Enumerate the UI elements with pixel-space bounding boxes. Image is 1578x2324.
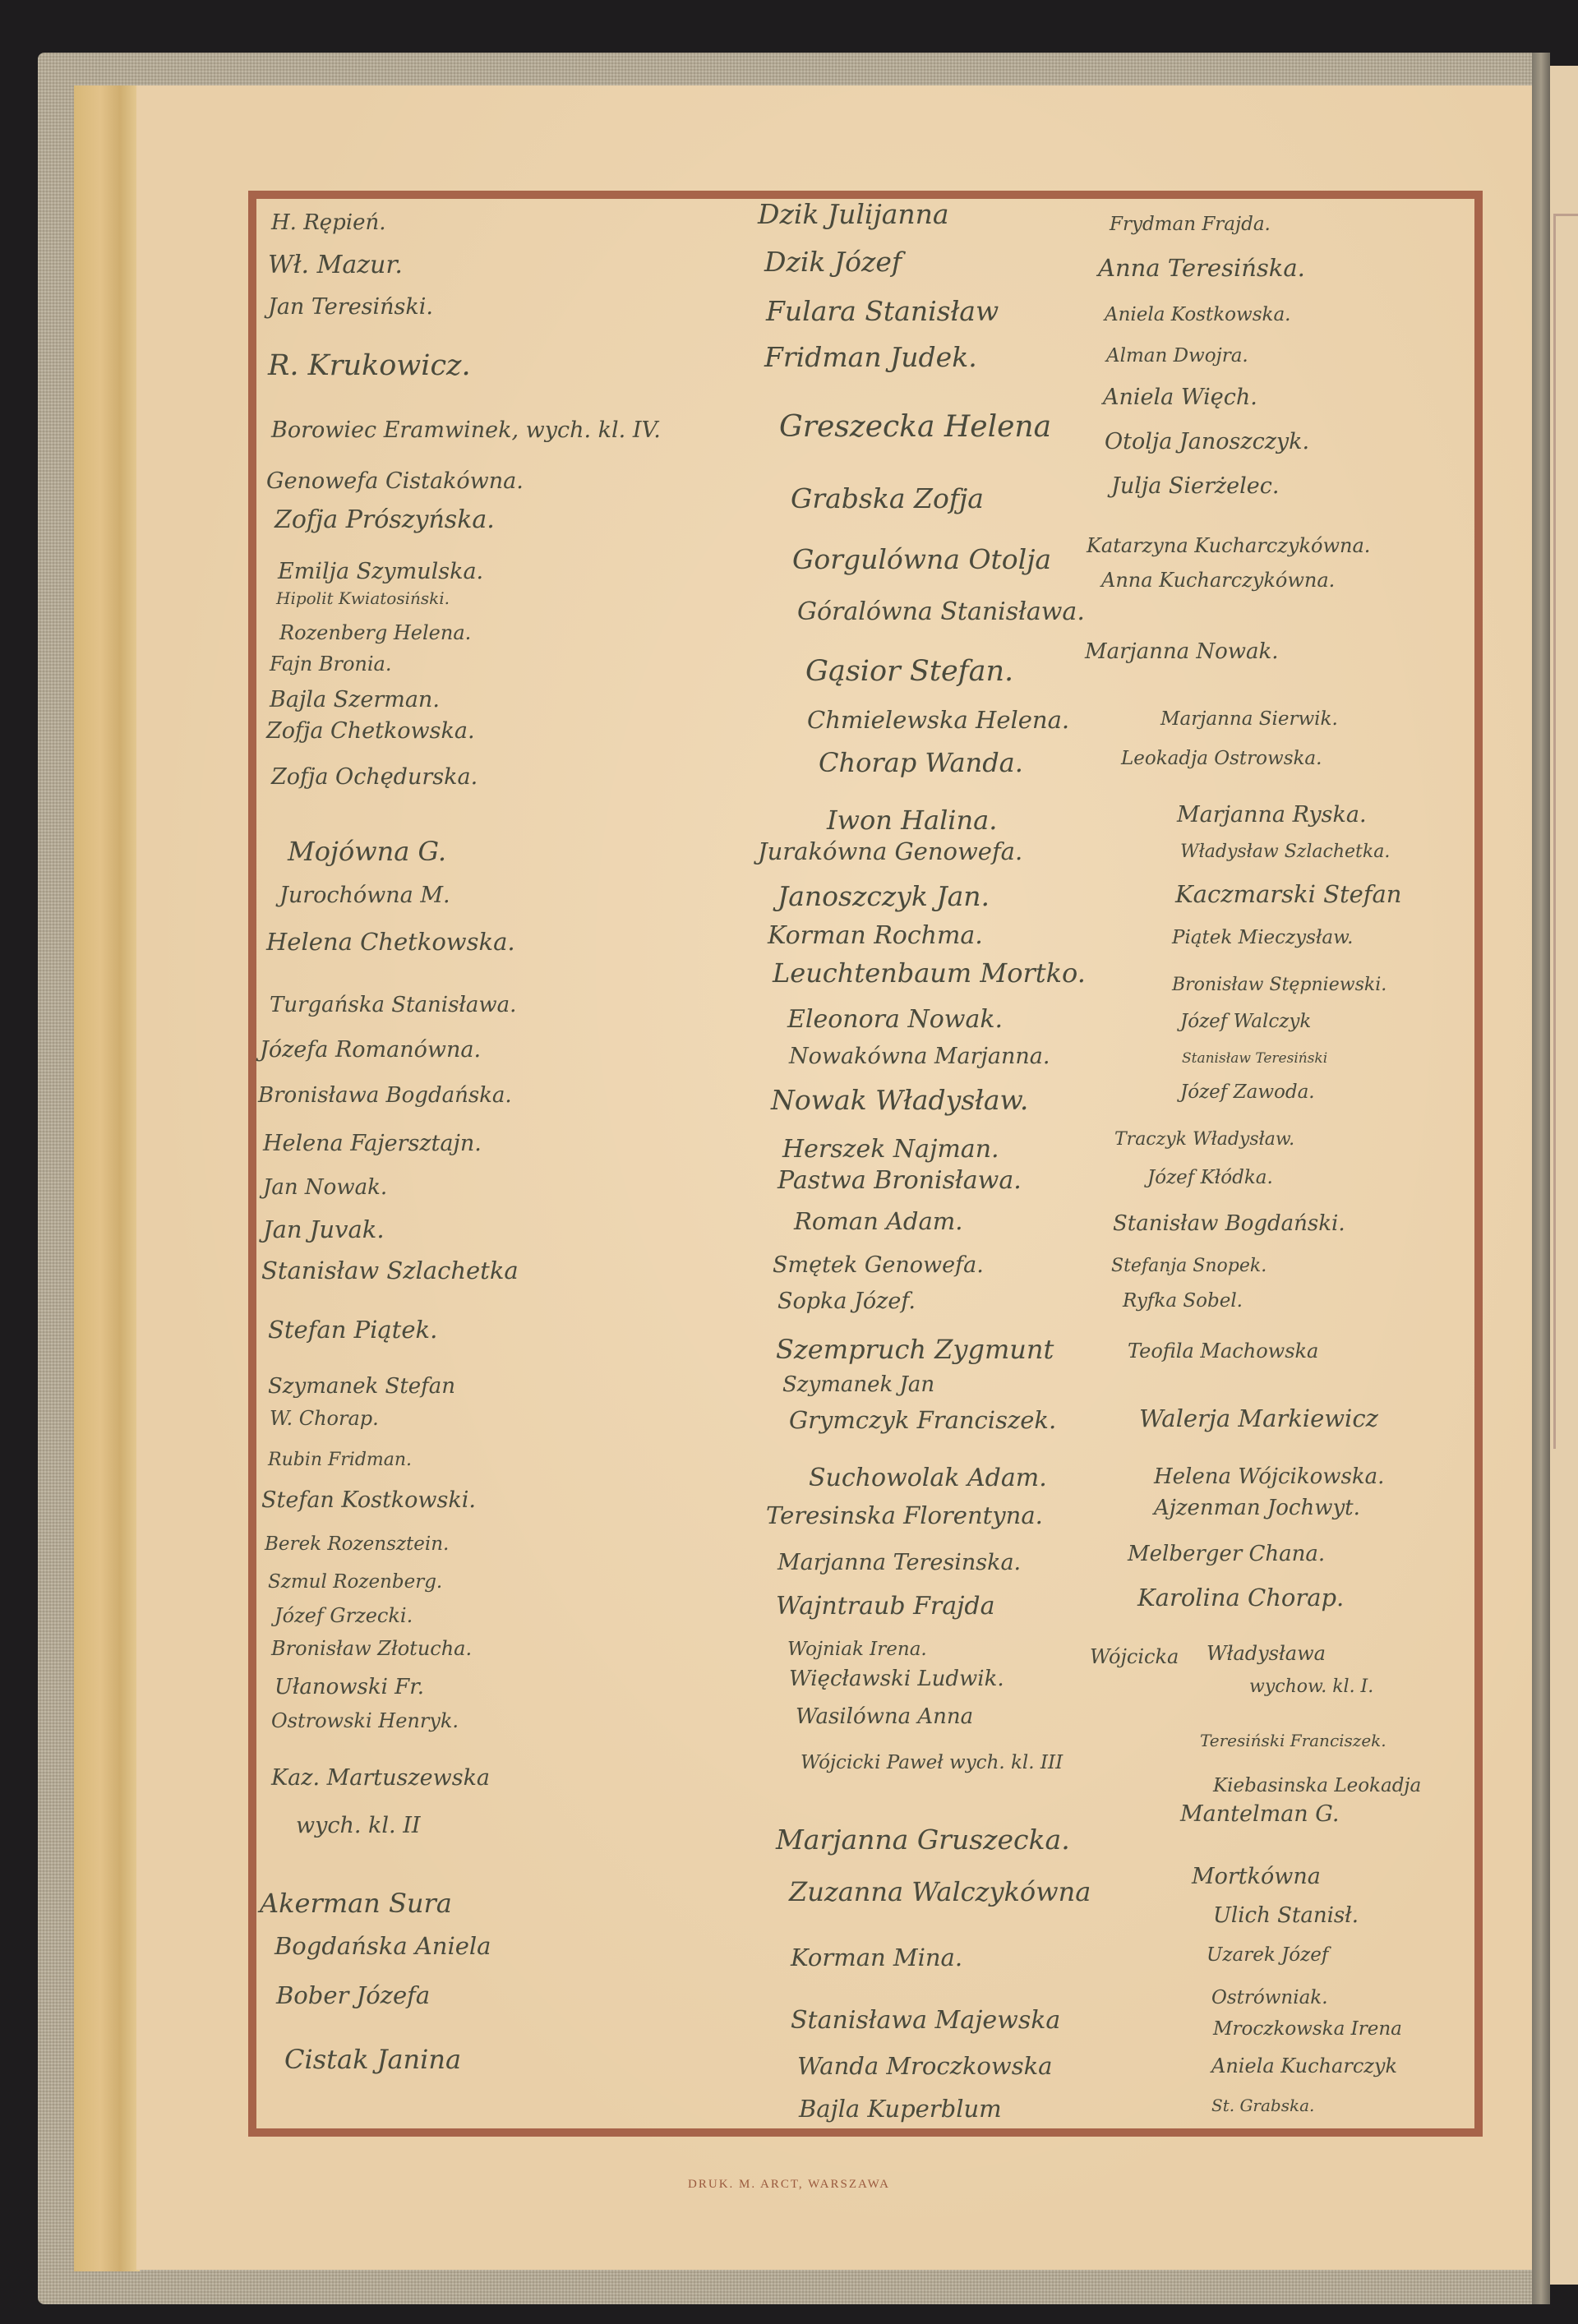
signature: Teofila Machowska [1128, 1341, 1318, 1361]
signature: Stanisław Teresiński [1182, 1052, 1327, 1066]
signature: Szempruch Zygmunt [776, 1336, 1054, 1363]
book-gutter [1532, 53, 1550, 2304]
signature: Stanisław Szlachetka [261, 1259, 519, 1283]
signature: Rubin Fridman. [268, 1451, 412, 1469]
signature: Mortkówna [1192, 1865, 1321, 1888]
signature: Wasilówna Anna [796, 1706, 973, 1727]
signature: Józef Walczyk [1180, 1012, 1311, 1031]
signature: Helena Wójcikowska. [1154, 1466, 1384, 1487]
signature: Leuchtenbaum Mortko. [773, 960, 1086, 986]
signature: Józef Kłódka. [1147, 1169, 1273, 1187]
signature: Anna Kucharczykówna. [1101, 570, 1335, 590]
signature: Stefanja Snopek. [1111, 1257, 1267, 1275]
signature: W. Chorap. [270, 1409, 379, 1428]
signature: Józef Grzecki. [275, 1606, 413, 1625]
signature: Borowiec Eramwinek, wych. kl. IV. [271, 419, 661, 441]
signature: Aniela Kucharczyk [1211, 2056, 1397, 2076]
signature: Gąsior Stefan. [805, 657, 1013, 686]
signature: Greszecka Helena [779, 413, 1051, 442]
signature: Ajzenman Jochwyt. [1154, 1497, 1360, 1519]
signature: wych. kl. II [296, 1814, 421, 1837]
signature: Teresinska Florentyna. [766, 1504, 1043, 1528]
signature: Zofja Ochędurska. [271, 766, 478, 788]
signature: Korman Mina. [791, 1946, 962, 1970]
signature: R. Krukowicz. [268, 352, 471, 380]
signature: Janoszczyk Jan. [777, 883, 990, 910]
signature: Kaz. Martuszewska [271, 1767, 490, 1789]
facing-page-edge [1550, 66, 1578, 2285]
signature: Stefan Kostkowski. [261, 1489, 476, 1511]
signature: Góralówna Stanisława. [797, 600, 1085, 625]
signature: St. Grabska. [1211, 2097, 1314, 2114]
signature: Szmul Rozenberg. [268, 1573, 442, 1592]
signature: Wójcicka [1090, 1647, 1179, 1667]
signature: Fajn Bronia. [270, 654, 392, 674]
signature: Marjanna Nowak. [1085, 641, 1279, 662]
signature: Bajla Szerman. [270, 689, 440, 711]
signature: wychow. kl. I. [1249, 1678, 1373, 1696]
signature: Marjanna Gruszecka. [776, 1826, 1070, 1853]
signature: Julja Sierżelec. [1111, 475, 1279, 497]
signature: Wł. Mazur. [268, 253, 403, 278]
signature: Szymanek Jan [782, 1374, 934, 1395]
signature: Walerja Markiewicz [1139, 1407, 1378, 1431]
signature: Aniela Więch. [1103, 386, 1257, 408]
signature: Cistak Janina [284, 2046, 461, 2073]
signature: Bronisława Bogdańska. [258, 1085, 512, 1106]
signature: Mroczkowska Irena [1213, 2020, 1402, 2039]
signature: H. Rępień. [271, 212, 386, 233]
signature: Korman Rochma. [768, 924, 983, 948]
page-edges [74, 85, 140, 2271]
signature: Bogdańska Aniela [275, 1934, 491, 1958]
signature: Berek Rozensztein. [265, 1535, 449, 1554]
signature: Jan Juvak. [263, 1218, 385, 1242]
signature: Iwon Halina. [827, 807, 997, 833]
signature: Bober Józefa [276, 1984, 430, 2008]
signature: Herszek Najman. [782, 1137, 999, 1162]
signature: Otolja Janoszczyk. [1105, 431, 1309, 453]
signature: Akerman Sura [260, 1890, 452, 1916]
signature: Jan Nowak. [263, 1177, 387, 1198]
signature: Alman Dwojra. [1106, 347, 1248, 366]
signature: Traczyk Władysław. [1114, 1131, 1294, 1149]
signature: Nowakówna Marjanna. [789, 1045, 1050, 1067]
signature: Wojniak Irena. [787, 1640, 927, 1659]
signature: Kiebasinska Leokadja [1213, 1777, 1421, 1796]
signature: Józefa Romanówna. [260, 1039, 481, 1061]
signature: Marjanna Ryska. [1177, 804, 1367, 826]
signature: Zuzanna Walczykówna [789, 1879, 1091, 1905]
signature: Pastwa Bronisława. [777, 1169, 1022, 1193]
signature: Turgańska Stanisława. [270, 994, 516, 1016]
signature: Dzik Julijanna [758, 201, 949, 228]
signature: Piątek Mieczysław. [1172, 929, 1353, 948]
signature: Więcławski Ludwik. [789, 1668, 1004, 1690]
signature: Marjanna Teresinska. [777, 1552, 1021, 1574]
signature: Emilja Szymulska. [278, 560, 483, 583]
signature: Ostrówniak. [1211, 1989, 1328, 2008]
signature: Gorgulówna Otolja [792, 546, 1051, 573]
signature: Władysław Szlachetka. [1180, 843, 1390, 861]
signature: Frydman Frajda. [1110, 215, 1271, 234]
signature: Teresiński Franciszek. [1200, 1732, 1387, 1749]
signature: Genowefa Cistakówna. [266, 470, 524, 492]
signature: Chmielewska Helena. [807, 708, 1069, 732]
signature: Helena Fajersztajn. [263, 1132, 482, 1155]
signature: Stanisław Bogdański. [1113, 1213, 1345, 1234]
signature: Roman Adam. [794, 1210, 963, 1233]
signature: Stefan Piątek. [268, 1318, 437, 1342]
signature: Jan Teresiński. [268, 296, 433, 318]
signature: Dzik Józef [764, 248, 902, 275]
signature: Leokadja Ostrowska. [1121, 749, 1322, 768]
signature: Ryfka Sobel. [1123, 1292, 1243, 1311]
signature: Bajla Kuperblum [799, 2097, 1002, 2121]
signature: Ułanowski Fr. [275, 1676, 424, 1698]
signature: Nowak Władysław. [771, 1086, 1028, 1114]
ornament [1553, 214, 1578, 1449]
signature: Wójcicki Paweł wych. kl. III [801, 1754, 1063, 1773]
signature: Fridman Judek. [764, 344, 977, 371]
signature: Jurochówna M. [279, 884, 450, 906]
signature: Józef Zawoda. [1180, 1083, 1315, 1102]
signature: Stanisława Majewska [791, 2008, 1060, 2033]
signature: Zofja Chetkowska. [266, 720, 475, 742]
signature: Katarzyna Kucharczykówna. [1087, 536, 1370, 556]
signature: Mojówna G. [288, 838, 446, 865]
signature: Helena Chetkowska. [266, 930, 515, 954]
signature: Melberger Chana. [1128, 1543, 1325, 1565]
signature: Władysława [1207, 1644, 1326, 1663]
signature: Bronisław Złotucha. [271, 1639, 472, 1658]
signature: Smętek Genowefa. [773, 1254, 984, 1276]
signature: Marjanna Sierwik. [1160, 710, 1338, 729]
signature: Karolina Chorap. [1137, 1586, 1344, 1610]
signature: Grabska Zofja [791, 485, 984, 512]
signature: Wanda Mroczkowska [797, 2054, 1052, 2078]
signature: Bronisław Stępniewski. [1172, 976, 1387, 994]
signature: Szymanek Stefan [268, 1376, 455, 1397]
signature: Wajntraub Frajda [776, 1594, 995, 1619]
signature: Fulara Stanisław [766, 297, 999, 325]
signature: Ostrowski Henryk. [271, 1711, 459, 1731]
signature: Grymczyk Franciszek. [789, 1409, 1056, 1432]
signature: Uzarek Józef [1207, 1946, 1328, 1965]
printer-imprint: DRUK. M. ARCT, WARSZAWA [0, 2178, 1578, 2192]
signature: Hipolit Kwiatosiński. [276, 590, 450, 606]
signature: Suchowolak Adam. [809, 1466, 1047, 1491]
signature: Sopka Józef. [777, 1290, 916, 1312]
signature: Rozenberg Helena. [279, 623, 471, 643]
signature: Juraków­na Genowefa. [758, 840, 1022, 864]
signature: Kaczmarski Stefan [1175, 883, 1401, 906]
signature: Eleonora Nowak. [787, 1008, 1003, 1032]
signature: Ulich Stanisł. [1213, 1905, 1359, 1926]
signature: Aniela Kostkowska. [1105, 306, 1290, 325]
signature: Zofja Prószyńska. [275, 508, 495, 533]
signature: Anna Teresińska. [1098, 256, 1305, 280]
signature: Mantelman G. [1180, 1803, 1339, 1825]
signature: Chorap Wanda. [819, 749, 1023, 776]
